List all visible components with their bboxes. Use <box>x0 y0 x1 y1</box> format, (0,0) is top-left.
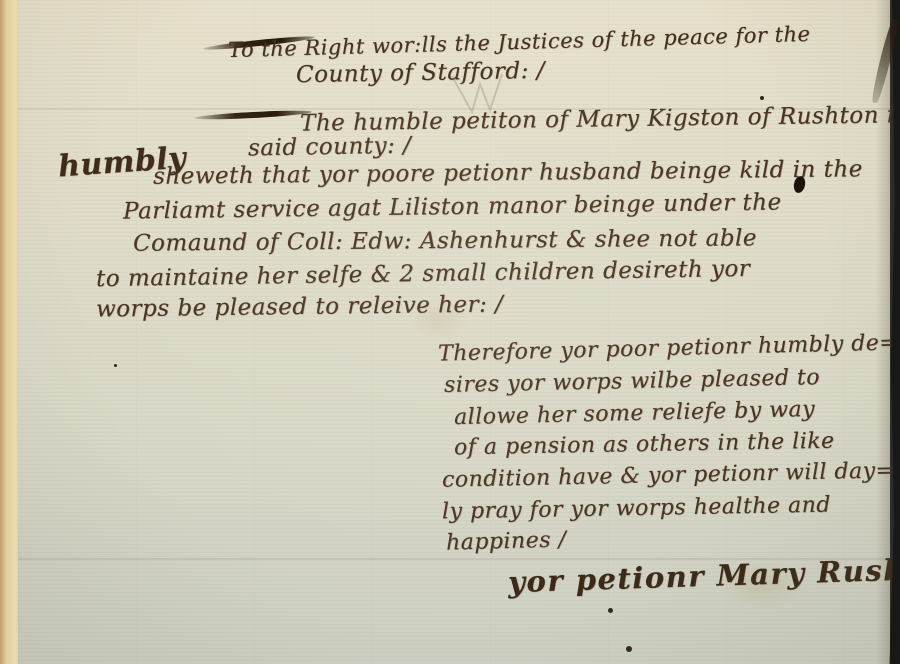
manuscript-scan: To the Right wor:lls the Justices of the… <box>0 0 900 664</box>
heading-line-2: County of Stafford: / <box>296 58 545 88</box>
prayer-line: of a pension as others in the like <box>454 429 835 461</box>
ink-speck <box>626 646 632 652</box>
prayer-line: condition have & yor petionr will day= <box>442 458 895 492</box>
ink-speck <box>114 364 117 367</box>
ink-speck <box>760 96 764 100</box>
pen-flourish <box>194 109 312 121</box>
manuscript-page: To the Right wor:lls the Justices of the… <box>18 0 890 664</box>
body-line: Parliamt service agat Liliston manor bei… <box>123 189 782 224</box>
intro-line-2: said county: / <box>248 133 412 162</box>
body-line: Comaund of Coll: Edw: Ashenhurst & shee … <box>133 225 757 256</box>
prayer-line: Therefore yor poor petionr humbly de= <box>438 330 899 366</box>
prayer-line: allowe her some reliefe by way <box>454 397 816 430</box>
body-line: to maintaine her selfe & 2 small childre… <box>96 256 751 292</box>
body-line: sheweth that yor poore petionr husband b… <box>153 156 863 189</box>
intro-line-1: The humble petiton of Mary Kigston of Ru… <box>300 101 900 136</box>
ink-speck <box>608 608 613 613</box>
body-line: worps be pleased to releive her: / <box>96 292 504 323</box>
prayer-line: sires yor worps wilbe pleased to <box>444 365 820 398</box>
prayer-line: happines / <box>446 527 567 555</box>
heading-line-1: To the Right wor:lls the Justices of the… <box>228 22 811 62</box>
prayer-line: ly pray for yor worps healthe and <box>442 493 831 525</box>
